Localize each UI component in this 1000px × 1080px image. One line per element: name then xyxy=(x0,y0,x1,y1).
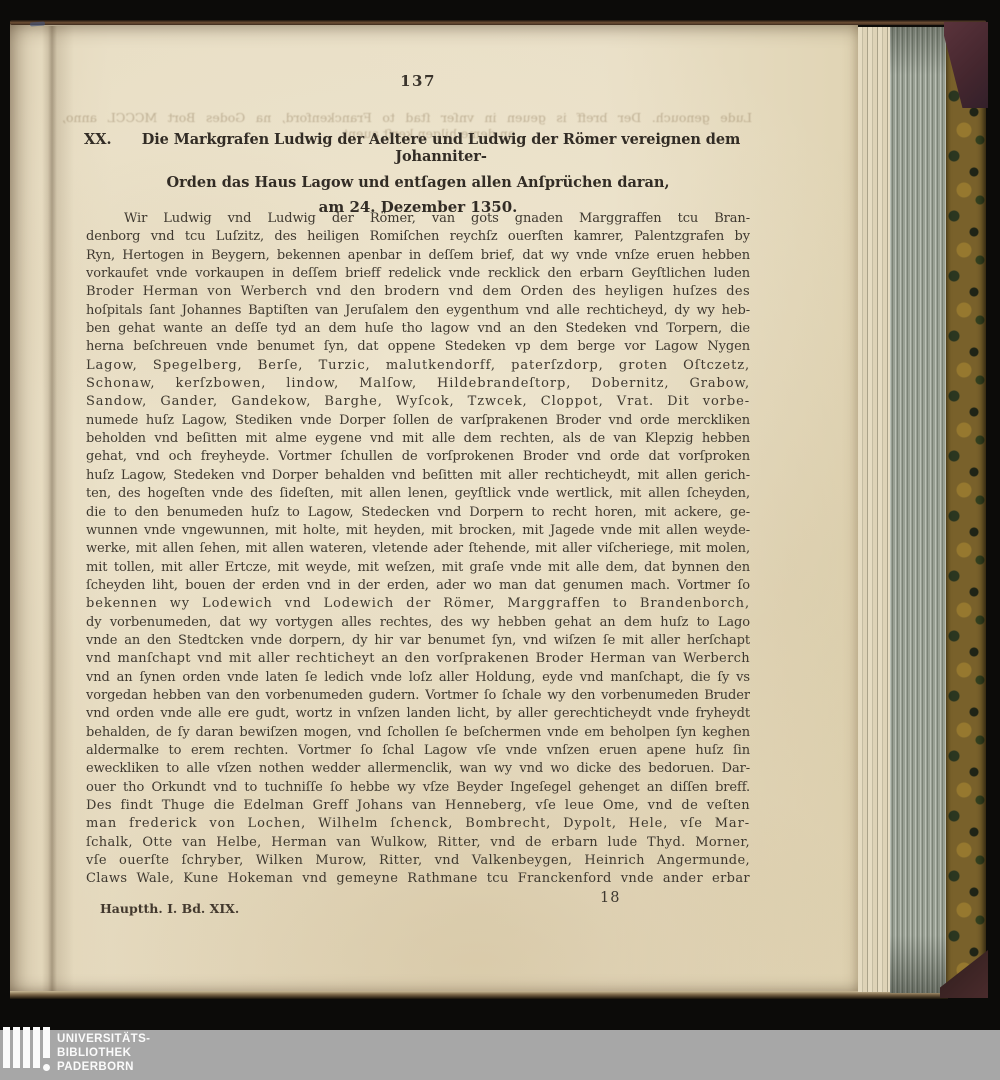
text-line: bekennen wy Lodewich vnd Lodewich der Rö… xyxy=(86,595,750,613)
volume-signature: Hauptth. I. Bd. XIX. xyxy=(100,901,239,916)
text-line: man frederick von Lochen, Wilhelm ſchenc… xyxy=(86,815,750,833)
logo-bar xyxy=(33,1027,40,1068)
document-body: Wir Ludwig vnd Ludwig der Römer, van got… xyxy=(86,210,750,889)
text-line: die to den benumeden huſz to Lagow, Sted… xyxy=(86,504,750,522)
marbled-cover xyxy=(946,26,986,994)
text-line: vnd an ſynen orden vnde laten ſe ledich … xyxy=(86,669,750,687)
text-line: vorkaufet vnde vorkaupen in deſſem brief… xyxy=(86,265,750,283)
page-stack-edges xyxy=(858,27,890,992)
text-line: dy vorbenumeden, dat wy vortygen alles r… xyxy=(86,614,750,632)
bleedthrough-text: Lude genouch. Der breff is geuen in vnſe… xyxy=(62,110,752,125)
text-line: vorgedan hebben van den vorbenumeden gud… xyxy=(86,687,750,705)
text-line: eweckliken to alle vſzen nothen wedder a… xyxy=(86,760,750,778)
text-line: vnd manſchapt vnd mit aller rechticheyt … xyxy=(86,650,750,668)
text-line: Broder Herman von Werberch vnd den brode… xyxy=(86,283,750,301)
logo-bar-exclamation xyxy=(43,1027,50,1058)
text-line: Wir Ludwig vnd Ludwig der Römer, van got… xyxy=(86,210,750,228)
text-line: huſz Lagow, Stedeken vnd Dorper behalden… xyxy=(86,467,750,485)
document-heading: XX. Die Markgrafen Ludwig der Aeltere un… xyxy=(84,131,752,216)
text-line: Sandow, Gander, Gandekow, Barghe, Wyſcok… xyxy=(86,393,750,411)
text-line: ſchalk, Otte van Helbe, Herman van Wulko… xyxy=(86,834,750,852)
text-line: beholden vnd beſitten mit alme eygene vn… xyxy=(86,430,750,448)
library-name-line1: UNIVERSITÄTS- xyxy=(57,1032,150,1046)
library-name: UNIVERSITÄTS- BIBLIOTHEK PADERBORN xyxy=(57,1032,150,1075)
text-line: gehat, vnd och freyheyde. Vortmer ſchull… xyxy=(86,448,750,466)
text-line: vnd orden vnde alle ere gudt, wortz in v… xyxy=(86,705,750,723)
text-line: mit tollen, mit aller Ertcze, mit weyde,… xyxy=(86,559,750,577)
library-name-line3: PADERBORN xyxy=(57,1060,150,1074)
text-line: wunnen vnde vngewunnen, mit holte, mit h… xyxy=(86,522,750,540)
library-name-line2: BIBLIOTHEK xyxy=(57,1046,150,1060)
text-line: numede huſz Lagow, Stediken vnde Dorper … xyxy=(86,412,750,430)
sheet-number: 18 xyxy=(600,890,620,906)
text-line: werke, mit allen ſehen, mit allen watere… xyxy=(86,540,750,558)
page-number: 137 xyxy=(86,72,750,90)
heading-line1: Die Markgrafen Ludwig der Aeltere und Lu… xyxy=(130,131,752,165)
heading-line2: Orden das Haus Lagow und entſagen allen … xyxy=(84,174,752,191)
text-line: ten, des hogeſten vnde des ſideſten, mit… xyxy=(86,485,750,503)
text-line: hoſpitals ſant Johannes Baptiſten van Je… xyxy=(86,302,750,320)
text-line: Ryn, Hertogen in Beygern, bekennen apenb… xyxy=(86,247,750,265)
text-line: aldermalke to erem rechten. Vortmer ſo ſ… xyxy=(86,742,750,760)
fore-edge xyxy=(890,27,946,993)
text-line: Lagow, Spegelberg, Berſe, Turzic, malutk… xyxy=(86,357,750,375)
logo-bar xyxy=(23,1027,30,1068)
section-number: XX. xyxy=(84,131,130,165)
text-line: herna beſchreuen vnde benumet ſyn, dat o… xyxy=(86,338,750,356)
logo-exclamation-dot xyxy=(43,1064,50,1071)
text-line: ben gehat wante an deſſe tyd an dem huſe… xyxy=(86,320,750,338)
text-line: ſcheyden liht, bouen der erden vnd in de… xyxy=(86,577,750,595)
text-line: vſe ouerſte ſchryber, Wilken Murow, Ritt… xyxy=(86,852,750,870)
text-line: denborg vnd tcu Luſzitz, des heiligen Ro… xyxy=(86,228,750,246)
text-line: Claws Wale, Kune Hokeman vnd gemeyne Rat… xyxy=(86,870,750,888)
book-top-edge xyxy=(10,20,986,25)
logo-bar xyxy=(13,1027,20,1068)
scanned-book-page: Lude genouch. Der breff is geuen in vnſe… xyxy=(0,0,1000,1080)
text-line: Des findt Thuge die Edelman Greff Johans… xyxy=(86,797,750,815)
logo-bar xyxy=(3,1027,10,1068)
text-line: vnde an den Stedtcken vnde dorpern, dy h… xyxy=(86,632,750,650)
text-line: behalden, de ſy daran bewiſzen mogen, vn… xyxy=(86,724,750,742)
text-line: ouer tho Orkundt vnd to tuchniſſe ſo heb… xyxy=(86,779,750,797)
book-bottom-edge xyxy=(10,991,948,999)
gutter-crease xyxy=(42,26,74,992)
text-line: Schonaw, kerſzbowen, lindow, Malſow, Hil… xyxy=(86,375,750,393)
